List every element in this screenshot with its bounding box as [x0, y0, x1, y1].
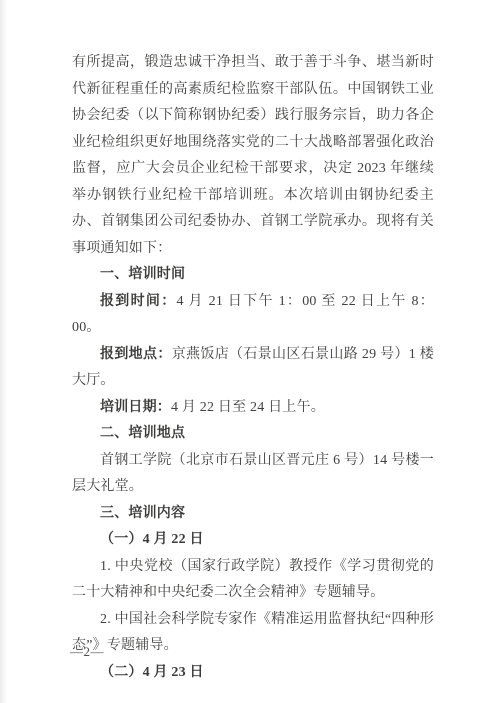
section-heading-training-time: 一、培训时间 — [72, 262, 434, 289]
document-body: 有所提高，锻造忠诚干净担当、敢于善于斗争、堪当新时代新征程重任的高素质纪检监察干… — [72, 50, 434, 686]
bold-text-run: 二、培训地点 — [100, 426, 185, 441]
training-location: 首钢工学院（北京市石景山区晋元庄 6 号）14 号楼一层大礼堂。 — [72, 448, 434, 501]
page-number: —2— — [70, 643, 104, 661]
section-heading-training-content: 三、培训内容 — [72, 501, 434, 528]
content-item-1: 1. 中央党校（国家行政学院）教授作《学习贯彻党的二十大精神和中央纪委二次全会精… — [72, 554, 434, 607]
section-heading-training-location: 二、培训地点 — [72, 421, 434, 448]
scan-edge-shadow — [0, 0, 7, 703]
subsection-april-23: （二）4 月 23 日 — [72, 660, 434, 687]
bold-text-run: 报到时间： — [100, 294, 177, 309]
body-text-run: 4 月 22 日至 24 日上午。 — [171, 400, 325, 415]
body-text-run: 1. 中央党校（国家行政学院）教授作《学习贯彻党的二十大精神和中央纪委二次全会精… — [72, 559, 434, 601]
bold-text-run: 三、培训内容 — [100, 506, 185, 521]
bold-text-run: （一）4 月 22 日 — [100, 532, 204, 547]
body-paragraph-continued: 有所提高，锻造忠诚干净担当、敢于善于斗争、堪当新时代新征程重任的高素质纪检监察干… — [72, 50, 434, 262]
bold-text-run: 培训日期： — [100, 400, 171, 415]
content-item-2: 2. 中国社会科学院专家作《精准运用监督执纪“四种形态”》专题辅导。 — [72, 607, 434, 660]
body-text-run: 有所提高，锻造忠诚干净担当、敢于善于斗争、堪当新时代新征程重任的高素质纪检监察干… — [72, 55, 434, 256]
bold-text-run: （二）4 月 23 日 — [100, 665, 204, 680]
bold-text-run: 报到地点： — [100, 347, 172, 362]
body-text-run: 2. 中国社会科学院专家作《精准运用监督执纪“四种形态”》专题辅导。 — [72, 612, 434, 654]
registration-time: 报到时间：4 月 21 日下午 1：00 至 22 日上午 8：00。 — [72, 289, 434, 342]
subsection-april-22: （一）4 月 22 日 — [72, 527, 434, 554]
body-text-run: 首钢工学院（北京市石景山区晋元庄 6 号）14 号楼一层大礼堂。 — [72, 453, 434, 495]
bold-text-run: 一、培训时间 — [100, 267, 185, 282]
training-date: 培训日期：4 月 22 日至 24 日上午。 — [72, 395, 434, 422]
document-page: 有所提高，锻造忠诚干净担当、敢于善于斗争、堪当新时代新征程重任的高素质纪检监察干… — [0, 0, 500, 703]
registration-place: 报到地点：京燕饭店（石景山区石景山路 29 号）1 楼大厅。 — [72, 342, 434, 395]
